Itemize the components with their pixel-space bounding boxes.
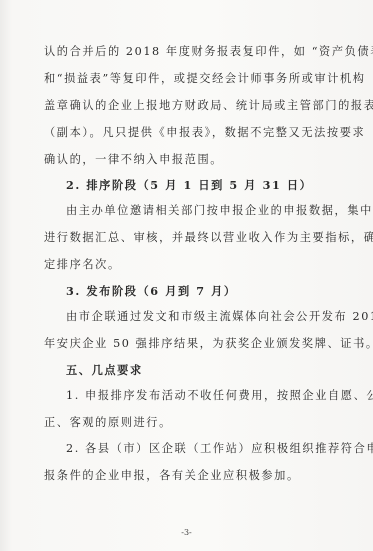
text-line: 盖章确认的企业上报地方财政局、统计局或主管部门的报表: [44, 99, 373, 113]
text-line: 由市企联通过发文和市级主流媒体向社会公开发布 2019: [66, 310, 373, 324]
heading-release-stage: 3. 发布阶段（6 月到 7 月）: [66, 284, 237, 298]
text-line: 1. 申报排序发布活动不收任何费用，按照企业自愿、公: [66, 389, 373, 403]
heading-requirements: 五、几点要求: [66, 363, 143, 377]
text-line: 报条件的企业申报，各有关企业应积极参加。: [44, 469, 300, 483]
text-line: 确认的，一律不纳入申报范围。: [44, 153, 223, 167]
heading-ranking-stage: 2. 排序阶段（5 月 1 日到 5 月 31 日）: [66, 178, 312, 192]
page-number: -3-: [0, 528, 373, 537]
text-line: 和“损益表”等复印件，或提交经会计师事务所或审计机构: [44, 72, 366, 86]
text-line: 进行数据汇总、审核，并最终以营业收入作为主要指标，确: [44, 231, 373, 245]
text-line: （副本）。凡只提供《申报表》，数据不完整又无法按要求: [44, 126, 365, 140]
text-line: 定排序名次。: [44, 258, 121, 272]
text-line: 正、客观的原则进行。: [44, 416, 172, 430]
text-line: 由主办单位邀请相关部门按申报企业的申报数据，集中: [66, 204, 373, 218]
text-line: 年安庆企业 50 强排序结果，为获奖企业颁发奖牌、证书。: [44, 337, 373, 351]
document-page: 认的合并后的 2018 年度财务报表复印件，如 “资产负债表” 和“损益表”等复…: [0, 0, 373, 551]
text-line: 2. 各县（市）区企联（工作站）应积极组织推荐符合申: [66, 442, 373, 456]
text-line: 认的合并后的 2018 年度财务报表复印件，如 “资产负债表”: [44, 45, 373, 59]
